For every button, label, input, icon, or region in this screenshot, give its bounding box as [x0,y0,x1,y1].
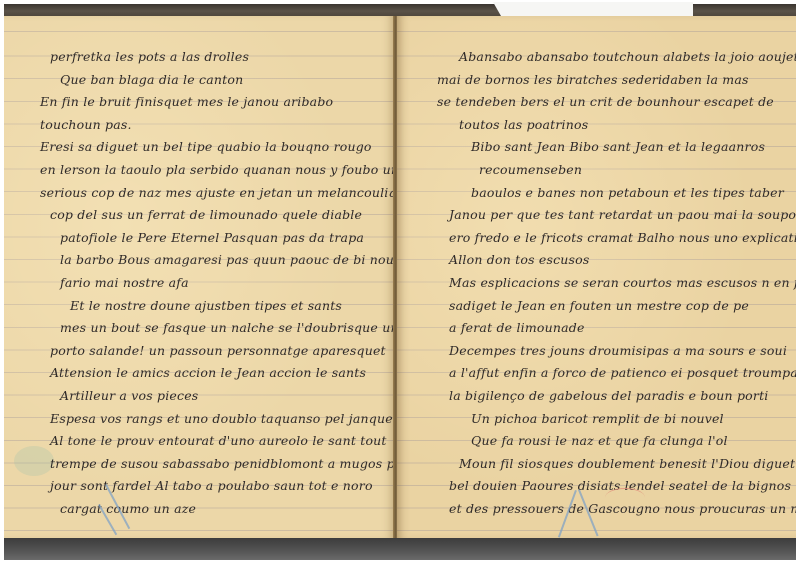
handwritten-line: recoumenseben [397,159,796,182]
handwritten-line: Janou per que tes tant retardat un paou … [397,204,796,227]
handwritten-line: patofiole le Pere Eternel Pasquan pas da… [4,227,394,250]
handwritten-line: Un pichoa baricot remplit de bi nouvel [397,408,796,431]
handwritten-line: porto salande! un passoun personnatge ap… [4,340,394,363]
loose-paper-slip [493,2,693,16]
handwritten-line: a l'affut enfin a forco de patienco ei p… [397,362,796,385]
handwritten-line: Eresi sa diguet un bel tipe quabio la bo… [4,136,394,159]
handwritten-line: et des pressouers de Gascougno nous prou… [397,498,796,521]
handwritten-line: Et le nostre doune ajustben tipes et san… [4,295,394,318]
handwritten-line: Espesa vos rangs et uno doublo taquanso … [4,408,394,431]
red-pencil-scribble [605,488,645,507]
left-page: perfretka les pots a las drollesQue ban … [4,16,395,538]
handwritten-line: Decempes tres jouns droumisipas a ma sou… [397,340,796,363]
handwritten-line: ero fredo e le fricots cramat Balho nous… [397,227,796,250]
handwritten-line: cargat coumo un aze [4,498,394,521]
handwritten-line: baoulos e banes non petaboun et les tipe… [397,182,796,205]
handwritten-line: a ferat de limounade [397,317,796,340]
handwritten-line: Mas esplicacions se seran courtos mas es… [397,272,796,295]
handwritten-line: Artilleur a vos pieces [4,385,394,408]
handwritten-line: sadiget le Jean en fouten un mestre cop … [397,295,796,318]
handwritten-line: mai de bornos les biratches sederidaben … [397,69,796,92]
handwritten-line: Attension le amics accion le Jean accion… [4,362,394,385]
notebook-cover-bottom-edge [4,538,796,560]
handwritten-line: la barbo Bous amagaresi pas quun paouc d… [4,249,394,272]
handwritten-line: touchoun pas. [4,114,394,137]
handwritten-line: Al tone le prouv entourat d'uno aureolo … [4,430,394,453]
handwritten-line: se tendeben bers el un crit de bounhour … [397,91,796,114]
right-page: Abansabo abansabo toutchoun alabets la j… [397,16,796,538]
left-page-lines: perfretka les pots a las drollesQue ban … [4,46,394,520]
handwritten-line: fario mai nostre afa [4,272,394,295]
handwritten-line: mes un bout se fasque un nalche se l'dou… [4,317,394,340]
handwritten-line: trempe de susou sabassabo penidblomont a… [4,453,394,476]
handwritten-line: perfretka les pots a las drolles [4,46,394,69]
handwritten-line: bel douien Paoures disiats lendel seatel… [397,475,796,498]
handwritten-line: Que ban blaga dia le canton [4,69,394,92]
handwritten-line: Bibo sant Jean Bibo sant Jean et la lega… [397,136,796,159]
handwritten-line: toutos las poatrinos [397,114,796,137]
handwritten-line: Abansabo abansabo toutchoun alabets la j… [397,46,796,69]
handwritten-line: en lerson la taoulo pla serbido quanan n… [4,159,394,182]
handwritten-line: Allon don tos escusos [397,249,796,272]
handwritten-line: la bigilenço de gabelous del paradis e b… [397,385,796,408]
handwritten-line: En fin le bruit finisquet mes le janou a… [4,91,394,114]
handwritten-line: serious cop de naz mes ajuste en jetan u… [4,182,394,205]
handwritten-line: Que fa rousi le naz et que fa clunga l'o… [397,430,796,453]
handwritten-line: Moun fil siosques doublement benesit l'D… [397,453,796,476]
right-page-lines: Abansabo abansabo toutchoun alabets la j… [397,46,796,520]
handwritten-line: jour sont fardel Al tabo a poulabo saun … [4,475,394,498]
handwritten-line: cop del sus un ferrat de limounado quele… [4,204,394,227]
